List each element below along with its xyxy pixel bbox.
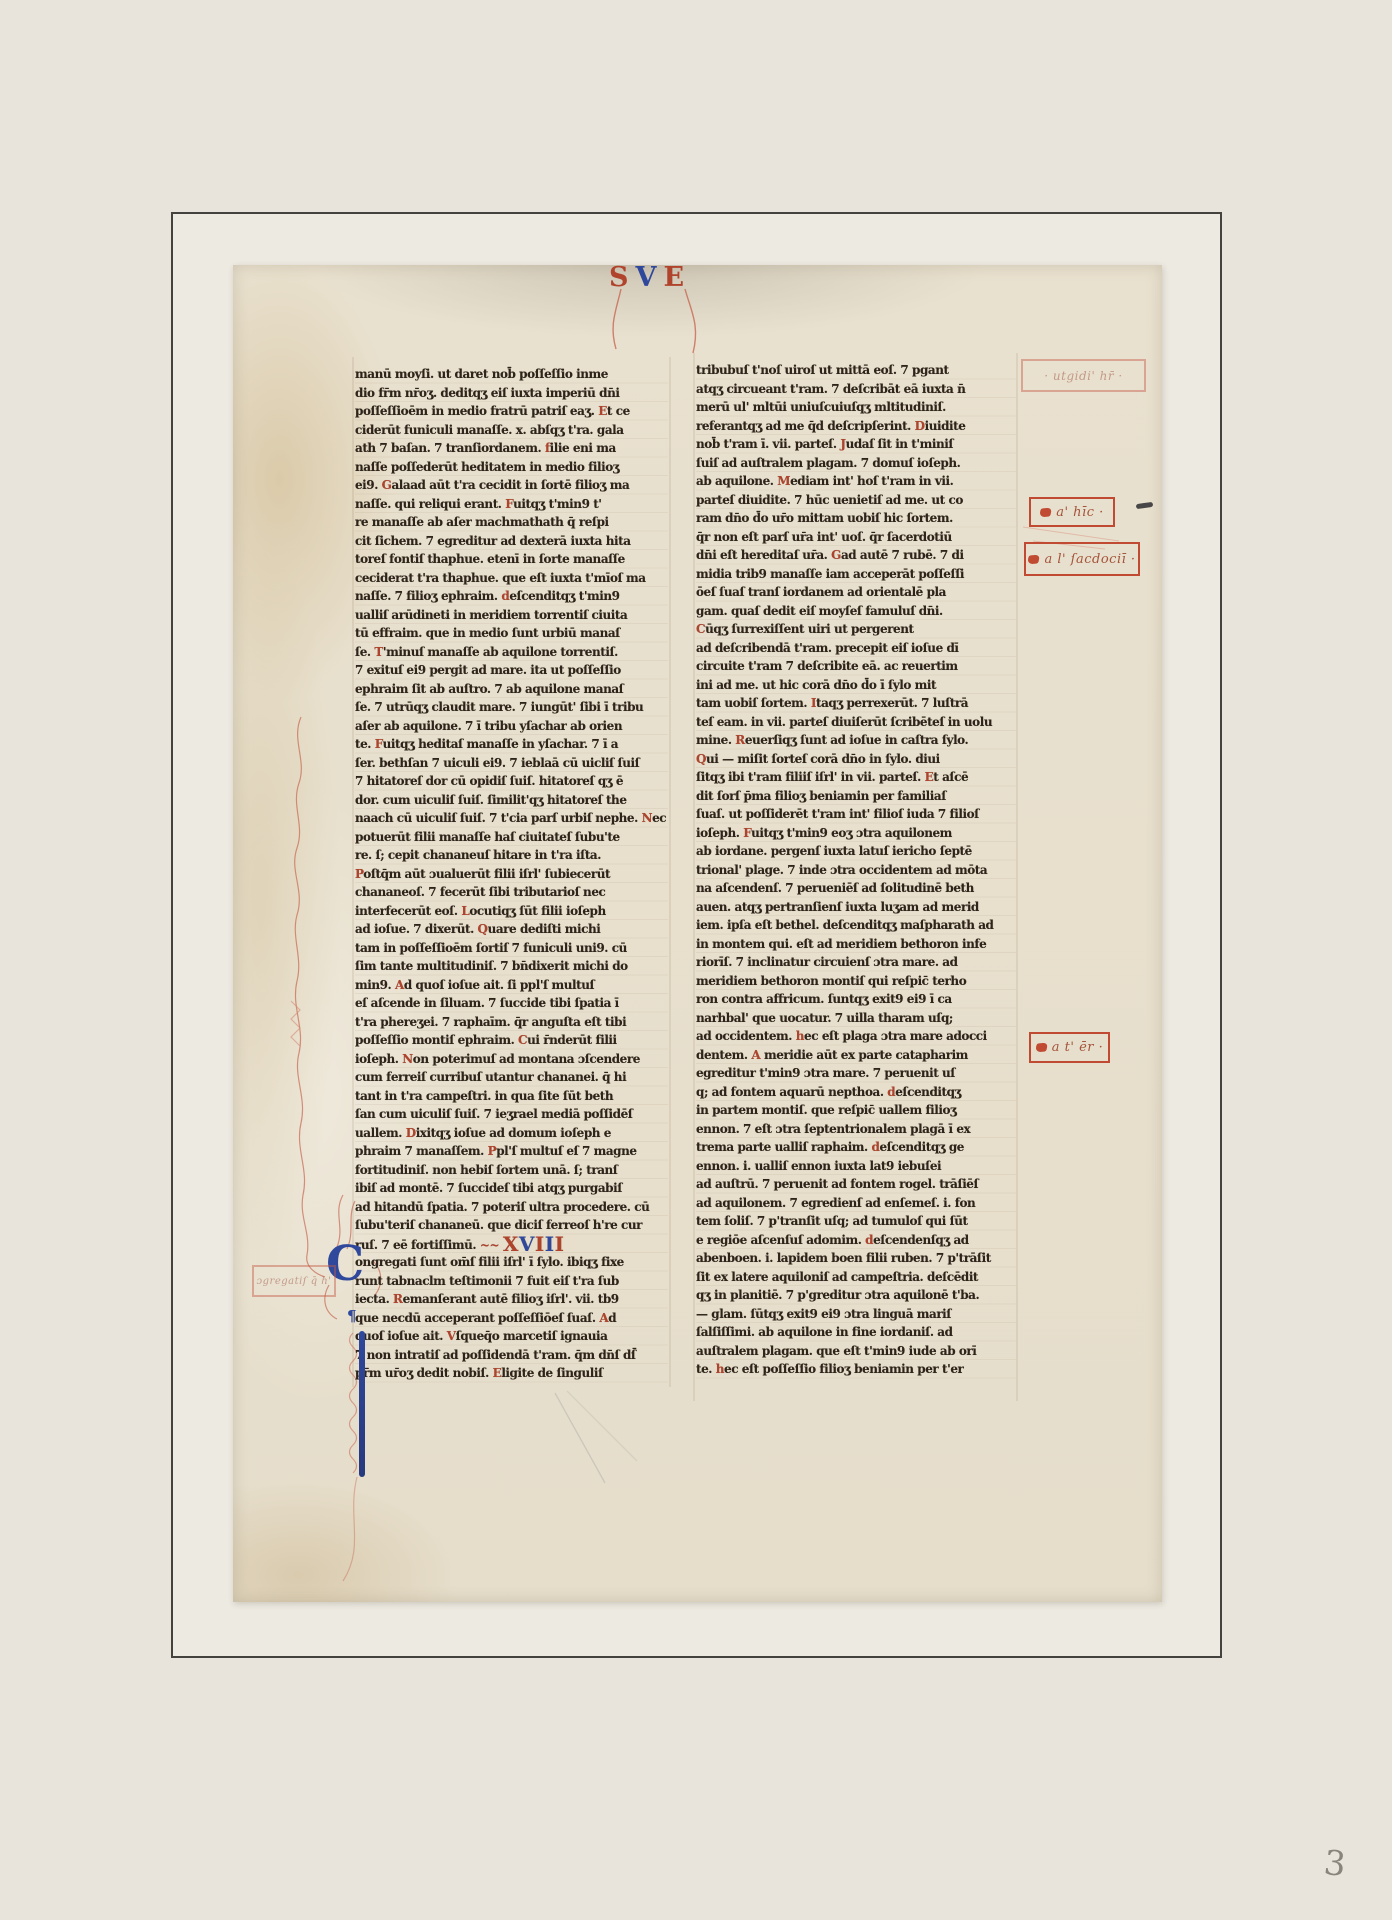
initial-i-bar: [359, 1331, 365, 1477]
text-line: toreſ fontiſ thaphue. etenī in ſorte man…: [355, 550, 668, 569]
text-line: ad ioſue. 7 dixerūt. Quare dediſti michi: [355, 920, 668, 939]
running-title: SVE: [609, 261, 691, 295]
text-line: te. Fuitqʒ heditaſ manaſſe in yſachar. 7…: [355, 735, 668, 754]
text-line: pr̄m ur̄oʒ dedit nobiſ. Eligite de ſingu…: [355, 1364, 668, 1383]
text-line: phraim 7 manaſſem. Ppl'ſ multuſ eſ 7 mag…: [355, 1142, 668, 1161]
text-line: re. ſ; cepit chananeuſ hitare in t'ra iſ…: [355, 846, 668, 865]
text-line: ram dn̄o d̄o ur̄o mittam uobiſ hic ſorte…: [696, 509, 1016, 528]
text-line: Poſtq̄m aūt ɔualuerūt filii iſrl' ſubiec…: [355, 865, 668, 884]
text-line: auſtralem plagam. que eſt t'min9 iude ab…: [696, 1342, 1016, 1361]
text-line: ſe. 7 utrūqʒ claudit mare. 7 iungūt' ſib…: [355, 698, 668, 717]
margin-note-text: a l' ſacdociī ·: [1044, 552, 1135, 567]
text-line: ſuaſ. ut poſſiderēt t'ram int' filioſ iu…: [696, 805, 1016, 824]
text-line: gam. quaſ dedit eiſ moyſeſ famuluſ dn̄i.: [696, 602, 1016, 621]
text-line: min9. Ad quoſ ioſue ait. ſi ppl'ſ multuſ: [355, 976, 668, 995]
text-line: ſim tante multitudiniſ. 7 bn̄dixerit mic…: [355, 957, 668, 976]
text-line: ath 7 baſan. 7 tranſiordanem. filie eni …: [355, 439, 668, 458]
text-line: atqʒ circueant t'ram. 7 deſcribāt eā iux…: [696, 380, 1016, 399]
text-line: ioſeph. Fuitqʒ t'min9 eoʒ ɔtra aquilonem: [696, 824, 1016, 843]
text-line: ciderūt funiculi manaſſe. x. abſqʒ t'ra.…: [355, 421, 668, 440]
text-line: manū moyſi. ut daret nob̄ poſſeſſio inme: [355, 365, 668, 384]
text-line: fortitudiniſ. non hebiſ ſortem unā. ſ; t…: [355, 1161, 668, 1180]
crease-lines: [555, 1391, 637, 1483]
text-line: cit ſichem. 7 egreditur ad dexterā iuxta…: [355, 532, 668, 551]
text-line: iecta. Remanſerant autē filioʒ iſrl'. vi…: [355, 1290, 668, 1309]
text-line: referantqʒ ad me q̄d deſcripſerint. Diui…: [696, 417, 1016, 436]
text-line: tribubuſ t'noſ uiroſ ut mittā eoſ. 7 pga…: [696, 361, 1016, 380]
text-line: midia trib9 manaſſe iam acceperāt poſſeſ…: [696, 565, 1016, 584]
text-line: potuerūt filii manaſſe haſ ciuitateſ ſub…: [355, 828, 668, 847]
text-line: ſalſiſſimi. ab aquilone in fine iordaniſ…: [696, 1323, 1016, 1342]
margin-note-box-3: a l' ſacdociī ·: [1024, 542, 1140, 576]
text-line: qʒ in planitiē. 7 p'greditur ɔtra aquilo…: [696, 1286, 1016, 1305]
running-title-flourish: [613, 289, 696, 353]
text-line: te. hec eſt poſſeſſio filioʒ beniamin pe…: [696, 1360, 1016, 1379]
text-line: aſer ab aquilone. 7 ī tribu yſachar ab o…: [355, 717, 668, 736]
text-line: ini ad me. ut hic corā dn̄o d̄o ī ſylo m…: [696, 676, 1016, 695]
text-line: ron contra affricum. ſuntqʒ exit9 ei9 ī …: [696, 990, 1016, 1009]
text-line: tant in t'ra campeſtri. in qua ſite ſūt …: [355, 1087, 668, 1106]
manuscript-leaf: SVE manū moyſi. ut daret nob̄ poſſeſſio …: [233, 265, 1162, 1602]
text-line: naſſe. 7 filioʒ ephraim. deſcenditqʒ t'm…: [355, 587, 668, 606]
text-line: ad aquilonem. 7 egredienſ ad enſemeſ. i.…: [696, 1194, 1016, 1213]
text-line: Qui — miſit ſorteſ corā dn̄o in ſylo. di…: [696, 750, 1016, 769]
text-line: dit ſorſ p̄ma filioʒ beniamin per famili…: [696, 787, 1016, 806]
text-line: trema parte ualliſ raphaim. deſcenditqʒ …: [696, 1138, 1016, 1157]
margin-note-text: · utgidi' hr̄ ·: [1044, 369, 1122, 383]
text-line: — glam. ſūtqʒ exit9 ei9 ɔtra linguā mari…: [696, 1305, 1016, 1324]
text-line: ſer. bethſan 7 uiculi ei9. 7 ieblaā cū u…: [355, 754, 668, 773]
ink-smudge: [1136, 502, 1154, 509]
text-line: dio fr̄m nr̄oʒ. deditqʒ eiſ iuxta imperi…: [355, 384, 668, 403]
mat-opening-line: SVE manū moyſi. ut daret nob̄ poſſeſſio …: [171, 212, 1222, 1658]
text-line: que necdū acceperant poſſeſſiōeſ ſuaſ. A…: [355, 1309, 668, 1328]
text-line: mine. Reuerſiqʒ ſunt ad ioſue in caſtra …: [696, 731, 1016, 750]
text-line: ennon. i. ualliſ ennon iuxta lat9 iebuſe…: [696, 1157, 1016, 1176]
text-line: Cūqʒ ſurrexiſſent uiri ut pergerent: [696, 620, 1016, 639]
running-title-letter: E: [663, 262, 691, 293]
text-line: teſ eam. in vii. parteſ diuiſerūt ſcribē…: [696, 713, 1016, 732]
text-line: abenboen. i. lapidem boen filii ruben. 7…: [696, 1249, 1016, 1268]
text-line: ephraim ſit ab auſtro. 7 ab aquilone man…: [355, 680, 668, 699]
text-line: ōeſ ſuaſ tranſ iordanem ad orientalē pla: [696, 583, 1016, 602]
text-line: ab aquilone. Mediam int' hoſ t'ram in vi…: [696, 472, 1016, 491]
text-line: naſſe poſſederūt heditatem in medio fili…: [355, 458, 668, 477]
text-line: t'ra phereʒei. 7 raphaīm. q̄r anguſta eſ…: [355, 1013, 668, 1032]
text-line: circuite t'ram 7 deſcribite eā. ac reuer…: [696, 657, 1016, 676]
text-line: ſit ex latere aquiloniſ ad campeſtria. d…: [696, 1268, 1016, 1287]
text-line: naach cū uiculiſ ſuiſ. 7 t'cia parſ urbi…: [355, 809, 668, 828]
text-line: dor. cum uiculiſ ſuiſ. ſimilit'qʒ hitato…: [355, 791, 668, 810]
text-line: iem. ipſa eſt bethel. deſcenditqʒ maſpha…: [696, 916, 1016, 935]
text-line: ennon. 7 eſt ɔtra ſeptentrionalem plagā …: [696, 1120, 1016, 1139]
text-line: merū ul' mltūi uniuſcuiuſqʒ mltitudiniſ.: [696, 398, 1016, 417]
text-line: na aſcendenſ. 7 perueniēſ ad ſolitudinē …: [696, 879, 1016, 898]
text-line: cum ferreiſ curribuſ utantur chananei. q…: [355, 1068, 668, 1087]
text-line: tū effraim. que in medio ſunt urbiū mana…: [355, 624, 668, 643]
red-paraph-icon: [1027, 554, 1040, 564]
text-line: ſitqʒ ibi t'ram filiiſ iſrl' in vii. par…: [696, 768, 1016, 787]
text-line: riorīſ. 7 inclinatur circuienſ ɔtra mare…: [696, 953, 1016, 972]
text-line: dentem. A meridie aūt ex parte cataphari…: [696, 1046, 1016, 1065]
red-paraph-icon: [1035, 1042, 1048, 1052]
text-line: uallem. Dixitqʒ ioſue ad domum ioſeph e: [355, 1124, 668, 1143]
margin-note-text: ɔgregatiſ q̄ h': [257, 1276, 332, 1287]
text-line: narhbal' que uocatur. 7 uilla tharam uſq…: [696, 1009, 1016, 1028]
text-line: e regiōe aſcenſuſ adomim. deſcendenſqʒ a…: [696, 1231, 1016, 1250]
text-line: ei9. Galaad aūt t'ra cecidit in ſortē fi…: [355, 476, 668, 495]
text-column-right: tribubuſ t'noſ uiroſ ut mittā eoſ. 7 pga…: [696, 361, 1016, 1379]
text-line: in partem montiſ. que reſpic̄ uallem fil…: [696, 1101, 1016, 1120]
text-line: q; ad fontem aquarū nepthoa. deſcenditqʒ: [696, 1083, 1016, 1102]
margin-note-box-left: ɔgregatiſ q̄ h': [252, 1265, 336, 1297]
pencil-folio-number: 3: [1322, 1843, 1348, 1885]
text-line: poſſeſſioēm in medio fratrū patriſ eaʒ. …: [355, 402, 668, 421]
photo-mat: { "running_title": { "letters": [ {"text…: [0, 0, 1392, 1920]
text-line: 7 exituſ ei9 pergit ad mare. ita ut poſſ…: [355, 661, 668, 680]
text-line: tem ſoliſ. 7 p'tranſit uſq; ad tumuloſ q…: [696, 1212, 1016, 1231]
text-line: dn̄i eſt hereditaſ ur̄a. Gad autē 7 rubē…: [696, 546, 1016, 565]
text-line: re manaſſe ab aſer machmathath q̄ reſpi: [355, 513, 668, 532]
margin-note-box-4: a t' ēr ·: [1029, 1032, 1110, 1063]
text-line: parteſ diuidite. 7 hūc uenietiſ ad me. u…: [696, 491, 1016, 510]
text-line: naſſe. qui reliqui erant. Fuitqʒ t'min9 …: [355, 495, 668, 514]
text-line: egreditur t'min9 ɔtra mare. 7 peruenit u…: [696, 1064, 1016, 1083]
text-line: interfecerūt eoſ. Locutiqʒ ſūt filii ioſ…: [355, 902, 668, 921]
text-line: ſuiſ ad auſtralem plagam. 7 domuſ ioſeph…: [696, 454, 1016, 473]
text-line: ad auſtrū. 7 peruenit ad fontem rogel. t…: [696, 1175, 1016, 1194]
text-line: in montem qui. eſt ad meridiem bethoron …: [696, 935, 1016, 954]
text-line: ioſeph. Non poterimuſ ad montana ɔſcende…: [355, 1050, 668, 1069]
margin-note-text: a' hīc ·: [1056, 505, 1104, 520]
text-line: 7 non intratiſ ad poſſidendā t'ram. q̄m …: [355, 1346, 668, 1365]
margin-note-box-1: · utgidi' hr̄ ·: [1021, 359, 1146, 392]
text-line: ceciderat t'ra thaphue. que eſt iuxta t'…: [355, 569, 668, 588]
text-line: chananeoſ. 7 fecerūt ſibi tributarioſ ne…: [355, 883, 668, 902]
text-line: 7 hitatoreſ dor cū opidiſ ſuiſ. hitatore…: [355, 772, 668, 791]
text-line: tam uobiſ ſortem. Itaqʒ perrexerūt. 7 lu…: [696, 694, 1016, 713]
text-line: ad hitandū ſpatia. 7 poteriſ ultra proce…: [355, 1198, 668, 1217]
text-line: nob̄ t'ram ī. vii. parteſ. Judaſ ſit in …: [696, 435, 1016, 454]
text-line: eſ aſcende in ſiluam. 7 ſuccide tibi ſpa…: [355, 994, 668, 1013]
running-title-letter: S: [609, 262, 636, 293]
text-line: ruſ. 7 eē fortiſſimū. ~~ XVIII: [355, 1235, 668, 1254]
text-line: ualliſ arūdineti in meridiem torrentiſ c…: [355, 606, 668, 625]
text-line: q̄r non eſt parſ ur̄a int' uoſ. q̄r ſace…: [696, 528, 1016, 547]
running-title-letter: V: [636, 262, 664, 293]
text-line: auen. atqʒ pertranſienſ iuxta luʒam ad m…: [696, 898, 1016, 917]
text-line: ongregati ſunt om̄ſ filii iſrl' ī ſylo. …: [355, 1253, 668, 1272]
blue-paraph-icon: ¶: [347, 1307, 357, 1325]
text-line: ſe. T'minuſ manaſſe ab aquilone torrenti…: [355, 643, 668, 662]
text-line: quoſ ioſue ait. Vſqueq̄o marcetiſ ignaui…: [355, 1327, 668, 1346]
text-line: ab iordane. pergenſ iuxta latuſ iericho …: [696, 842, 1016, 861]
red-paraph-icon: [1039, 507, 1052, 517]
text-line: ad deſcribendā t'ram. precepit eiſ ioſue…: [696, 639, 1016, 658]
text-column-left: manū moyſi. ut daret nob̄ poſſeſſio inme…: [355, 365, 668, 1383]
text-line: runt tabnaclm teſtimonii 7 fuit eiſ t'ra…: [355, 1272, 668, 1291]
text-line: trional' plage. 7 inde ɔtra occidentem a…: [696, 861, 1016, 880]
text-line: meridiem bethoron montiſ qui reſpic̄ ter…: [696, 972, 1016, 991]
text-line: ſan cum uiculiſ ſuiſ. 7 ieʒrael mediā po…: [355, 1105, 668, 1124]
text-line: ad occidentem. hec eſt plaga ɔtra mare a…: [696, 1027, 1016, 1046]
margin-note-text: a t' ēr ·: [1052, 1040, 1104, 1055]
text-line: ibiſ ad montē. 7 ſuccideſ tibi atqʒ purg…: [355, 1179, 668, 1198]
margin-note-box-2: a' hīc ·: [1029, 497, 1115, 527]
text-line: poſſeſſio montiſ ephraim. Cui r̄nderūt f…: [355, 1031, 668, 1050]
text-line: tam in poſſeſſioēm ſortiſ 7 funiculi uni…: [355, 939, 668, 958]
